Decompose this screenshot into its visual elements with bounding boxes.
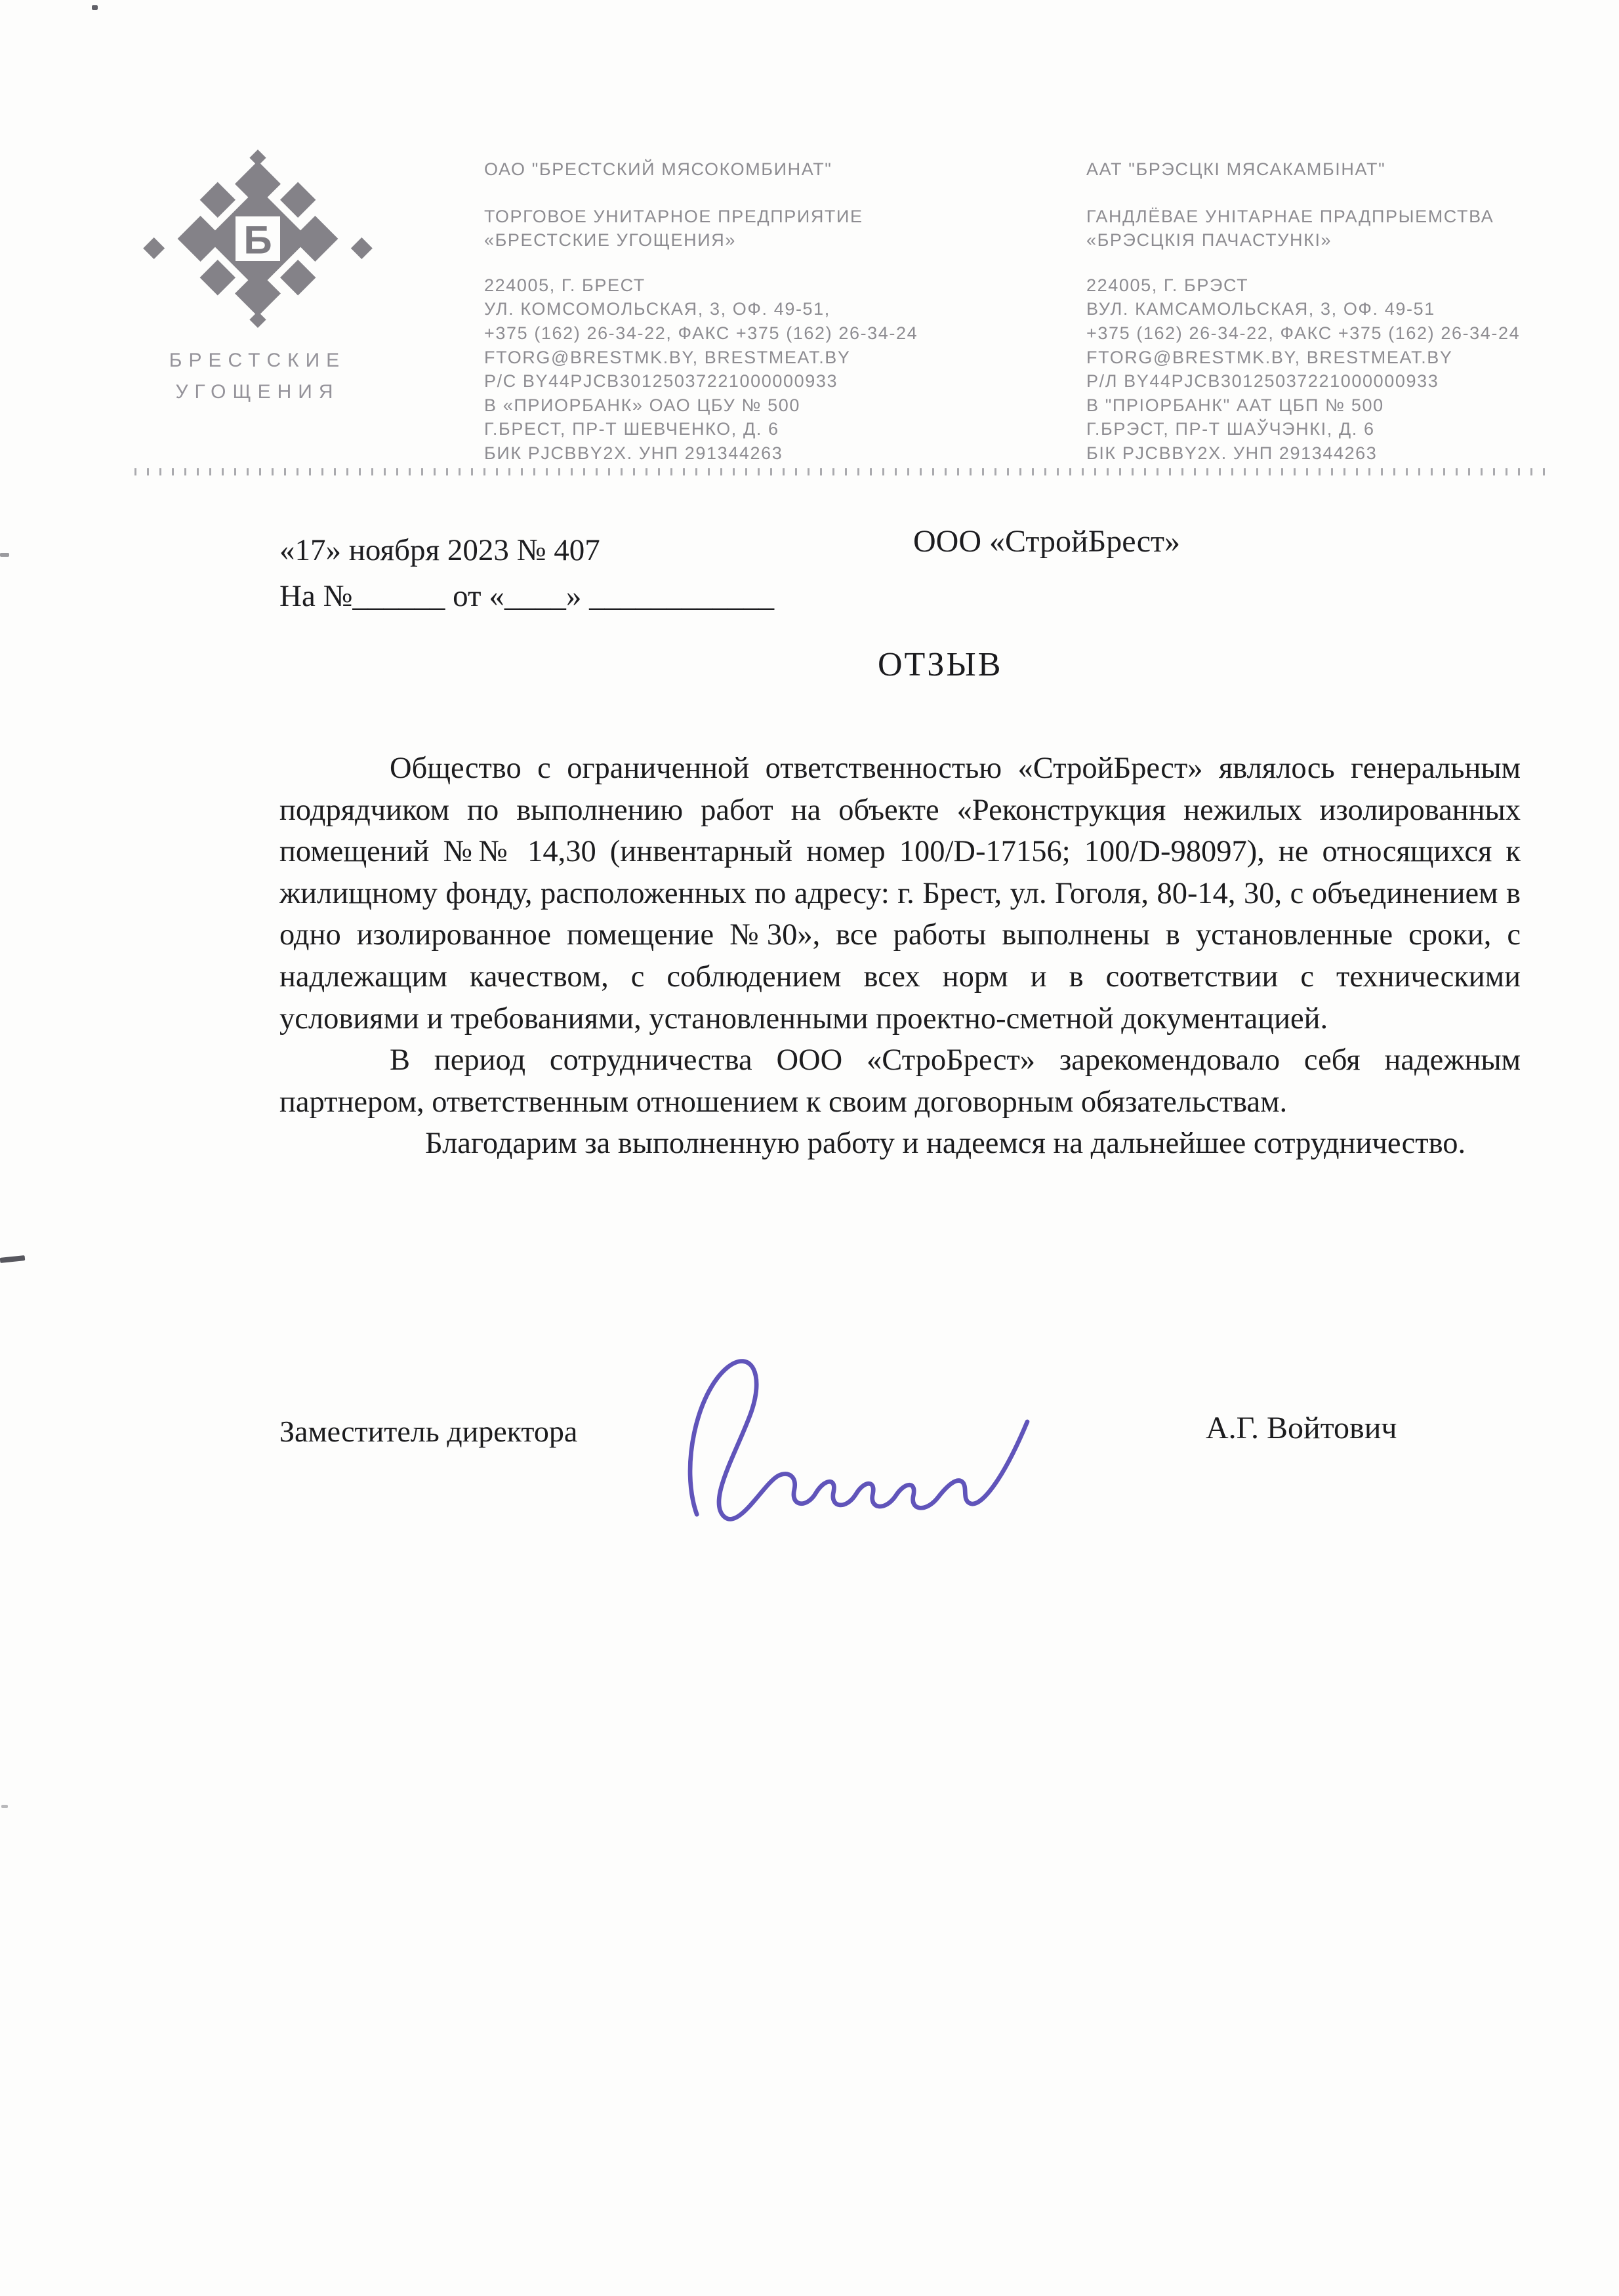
scan-artifact: [0, 1255, 25, 1263]
scanned-letter-page: Б БРЕСТСКИЕ УГОЩЕНИЯ ОАО "БРЕСТСКИЙ МЯСО…: [0, 0, 1619, 2296]
address-line: Р/Л BY44PJCB30125037221000000933: [1086, 369, 1532, 393]
signature-ink: [656, 1342, 1063, 1552]
address-line: ВУЛ. КАМСАМОЛЬСКАЯ, 3, ОФ. 49-51: [1086, 297, 1532, 321]
enterprise-line: ГАНДЛЁВАЕ УНІТАРНАЕ ПРАДПРЫЕМСТВА: [1086, 205, 1532, 229]
reference-block: «17» ноября 2023 № 407 На №______ от «__…: [279, 527, 774, 619]
letterhead-column-ru: ОАО "БРЕСТСКИЙ МЯСОКОМБИНАТ" ТОРГОВОЕ УН…: [484, 157, 930, 466]
addressee: ООО «СтройБрест»: [913, 523, 1180, 559]
body-paragraph: Общество с ограниченной ответственностью…: [279, 748, 1521, 1039]
document-title: ОТЗЫВ: [878, 645, 1002, 684]
scan-artifact: [92, 5, 98, 10]
enterprise-name-by: ГАНДЛЁВАЕ УНІТАРНАЕ ПРАДПРЫЕМСТВА «БРЭСЦ…: [1086, 205, 1532, 252]
enterprise-line: ТОРГОВОЕ УНИТАРНОЕ ПРЕДПРИЯТИЕ: [484, 205, 930, 229]
company-name-ru: ОАО "БРЕСТСКИЙ МЯСОКОМБИНАТ": [484, 157, 930, 182]
enterprise-line: «БРЕСТСКИЕ УГОЩЕНИЯ»: [484, 228, 930, 252]
address-block-by: 224005, Г. БРЭСТ ВУЛ. КАМСАМОЛЬСКАЯ, 3, …: [1086, 273, 1532, 466]
logo-letter: Б: [243, 217, 272, 262]
address-block-ru: 224005, Г. БРЕСТ УЛ. КОМСОМОЛЬСКАЯ, 3, О…: [484, 273, 930, 466]
address-line: БІК PJCBBY2X. УНП 291344263: [1086, 441, 1532, 466]
address-line: УЛ. КОМСОМОЛЬСКАЯ, 3, ОФ. 49-51,: [484, 297, 930, 321]
enterprise-name-ru: ТОРГОВОЕ УНИТАРНОЕ ПРЕДПРИЯТИЕ «БРЕСТСКИ…: [484, 205, 930, 252]
ref-number-line: На №______ от «____» ____________: [279, 573, 774, 619]
scan-artifact: [0, 553, 9, 557]
address-line: FTORG@BRESTMK.BY, BRESTMEAT.BY: [1086, 346, 1532, 370]
address-line: Г.БРЕСТ, ПР-Т ШЕВЧЕНКО, Д. 6: [484, 417, 930, 441]
letter-body: Общество с ограниченной ответственностью…: [279, 748, 1521, 1165]
signature-position: Заместитель директора: [279, 1414, 577, 1449]
brand-logo: Б БРЕСТСКИЕ УГОЩЕНИЯ: [134, 150, 380, 408]
address-line: БИК PJCBBY2X. УНП 291344263: [484, 441, 930, 466]
scan-artifact: [1, 1805, 8, 1808]
address-line: В «ПРИОРБАНК» ОАО ЦБУ № 500: [484, 393, 930, 418]
dotted-separator: [134, 468, 1545, 475]
logo-ornament-icon: Б: [140, 150, 376, 328]
address-line: +375 (162) 26-34-22, ФАКС +375 (162) 26-…: [1086, 321, 1532, 346]
brand-caption-line: УГОЩЕНИЯ: [134, 376, 380, 408]
address-line: В "ПРІОРБАНК" ААТ ЦБП № 500: [1086, 393, 1532, 418]
address-line: Р/С BY44PJCB30125037221000000933: [484, 369, 930, 393]
address-line: 224005, Г. БРЭСТ: [1086, 273, 1532, 298]
enterprise-line: «БРЭСЦКІЯ ПАЧАСТУНКІ»: [1086, 228, 1532, 252]
brand-caption: БРЕСТСКИЕ УГОЩЕНИЯ: [134, 345, 380, 408]
brand-caption-line: БРЕСТСКИЕ: [134, 345, 380, 376]
body-paragraph: Благодарим за выполненную работу и надее…: [279, 1123, 1521, 1165]
signatory-name: А.Г. Войтович: [1206, 1410, 1397, 1446]
address-line: Г.БРЭСТ, ПР-Т ШАЎЧЭНКІ, Д. 6: [1086, 417, 1532, 441]
address-line: 224005, Г. БРЕСТ: [484, 273, 930, 298]
address-line: +375 (162) 26-34-22, ФАКС +375 (162) 26-…: [484, 321, 930, 346]
body-paragraph: В период сотрудничества ООО «СтроБрест» …: [279, 1039, 1521, 1123]
company-name-by: ААТ "БРЭСЦКІ МЯСАКАМБІНАТ": [1086, 157, 1532, 182]
ref-date-line: «17» ноября 2023 № 407: [279, 527, 774, 573]
letterhead-column-by: ААТ "БРЭСЦКІ МЯСАКАМБІНАТ" ГАНДЛЁВАЕ УНІ…: [1086, 157, 1532, 466]
address-line: FTORG@BRESTMK.BY, BRESTMEAT.BY: [484, 346, 930, 370]
